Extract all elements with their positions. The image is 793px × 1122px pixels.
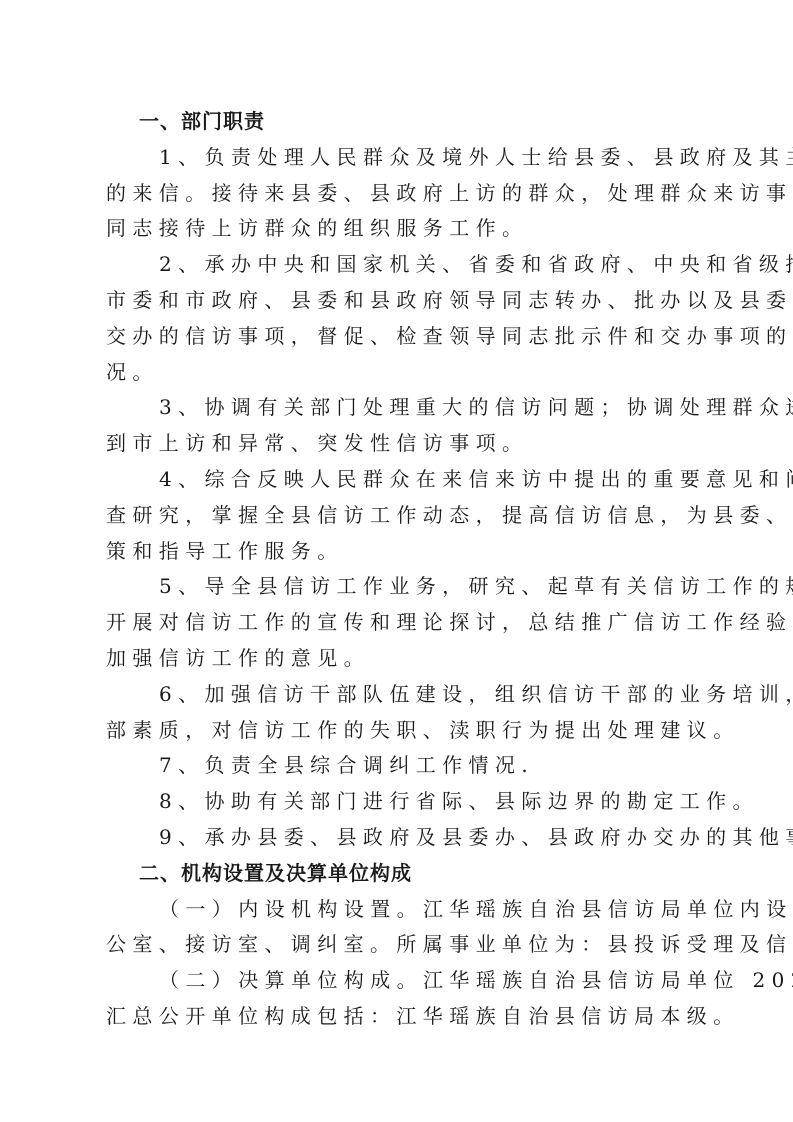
paragraph-line: 4、综合反映人民群众在来信来访中提出的重要意见和问题，开展调 [106,462,694,498]
paragraph-duty-3: 3、协调有关部门处理重大的信访问题；协调处理群众进京、赴省、 到市上访和异常、突… [106,390,694,462]
document-page: 一、部门职责 1、负责处理人民群众及境外人士给县委、县政府及其主要领导同志 的来… [106,104,694,1035]
paragraph-line: 开展对信访工作的宣传和理论探讨，总结推广信访工作经验，提出改进和 [106,605,694,641]
paragraph-line: 交办的信访事项，督促、检查领导同志批示件和交办事项的处理落实情 [106,319,694,355]
paragraph-line: 公室、接访室、调纠室。所属事业单位为：县投诉受理及信访信息中心。 [106,927,694,963]
paragraph-duty-9: 9、承办县委、县政府及县委办、县政府办交办的其他事项。 [106,820,694,856]
paragraph-line: 的来信。接待来县委、县政府上访的群众，处理群众来访事项，做好领导 [106,176,694,212]
paragraph-line: 1、负责处理人民群众及境外人士给县委、县政府及其主要领导同志 [106,140,694,176]
paragraph-line: 查研究，掌握全县信访工作动态，提高信访信息，为县委、县政府领导决 [106,498,694,534]
paragraph-duty-6: 6、加强信访干部队伍建设，组织信访干部的业务培训，提高信访干 部素质，对信访工作… [106,677,694,749]
paragraph-duty-5: 5、导全县信访工作业务，研究、起草有关信访工作的规范性文件， 开展对信访工作的宣… [106,569,694,676]
paragraph-line: 8、协助有关部门进行省际、县际边界的勘定工作。 [106,784,694,820]
paragraph-line: 加强信访工作的意见。 [106,641,694,677]
paragraph-line: 市委和市政府、县委和县政府领导同志转办、批办以及县委办、县政府办 [106,283,694,319]
paragraph-line: （一）内设机构设置。江华瑶族自治县信访局单位内设机构包括：办 [106,892,694,928]
paragraph-line: 策和指导工作服务。 [106,534,694,570]
paragraph-line: 6、加强信访干部队伍建设，组织信访干部的业务培训，提高信访干 [106,677,694,713]
paragraph-line: 9、承办县委、县政府及县委办、县政府办交办的其他事项。 [106,820,694,856]
paragraph-duty-4: 4、综合反映人民群众在来信来访中提出的重要意见和问题，开展调 查研究，掌握全县信… [106,462,694,569]
paragraph-duty-7: 7、负责全县综合调纠工作情况. [106,748,694,784]
paragraph-line: 2、承办中央和国家机关、省委和省政府、中央和省级报刊杂志社、 [106,247,694,283]
paragraph-line: 汇总公开单位构成包括：江华瑶族自治县信访局本级。 [106,999,694,1035]
section-heading-duties: 一、部门职责 [106,104,694,140]
paragraph-line: 5、导全县信访工作业务，研究、起草有关信访工作的规范性文件， [106,569,694,605]
paragraph-line: 同志接待上访群众的组织服务工作。 [106,211,694,247]
paragraph-line: 部素质，对信访工作的失职、渎职行为提出处理建议。 [106,713,694,749]
paragraph-duty-2: 2、承办中央和国家机关、省委和省政府、中央和省级报刊杂志社、 市委和市政府、县委… [106,247,694,390]
section-heading-structure: 二、机构设置及决算单位构成 [106,856,694,892]
paragraph-line: 况。 [106,355,694,391]
paragraph-accounting-units: （二）决算单位构成。江华瑶族自治县信访局单位 2024 年部门决算 汇总公开单位… [106,963,694,1035]
paragraph-duty-8: 8、协助有关部门进行省际、县际边界的勘定工作。 [106,784,694,820]
paragraph-duty-1: 1、负责处理人民群众及境外人士给县委、县政府及其主要领导同志 的来信。接待来县委… [106,140,694,247]
paragraph-line: 7、负责全县综合调纠工作情况. [106,748,694,784]
paragraph-line: （二）决算单位构成。江华瑶族自治县信访局单位 2024 年部门决算 [106,963,694,999]
paragraph-line: 3、协调有关部门处理重大的信访问题；协调处理群众进京、赴省、 [106,390,694,426]
paragraph-line: 到市上访和异常、突发性信访事项。 [106,426,694,462]
paragraph-internal-structure: （一）内设机构设置。江华瑶族自治县信访局单位内设机构包括：办 公室、接访室、调纠… [106,892,694,964]
